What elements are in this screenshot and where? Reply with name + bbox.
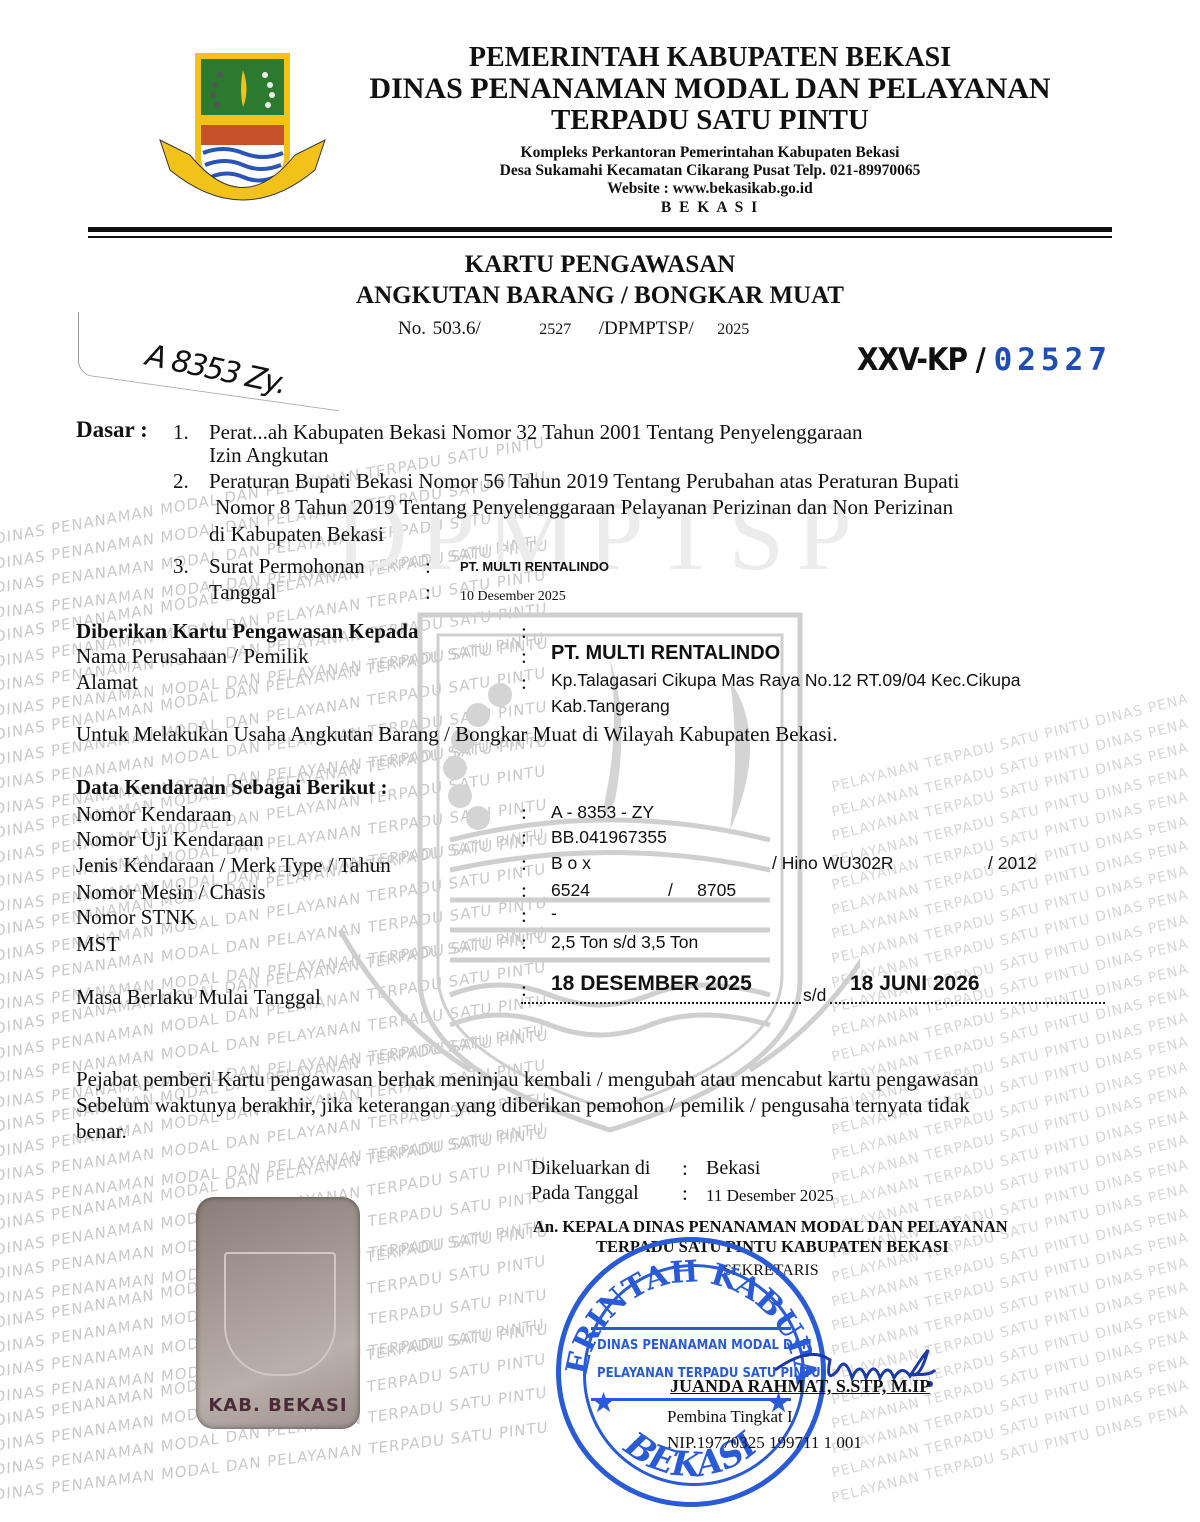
watermark-line: PELAYANAN TERPADU SATU PINTU DINAS PENA xyxy=(830,740,1190,844)
svg-text:★: ★ xyxy=(591,1388,616,1419)
purpose-text: Untuk Melakukan Usaha Angkutan Barang / … xyxy=(76,722,838,746)
address-line2: Kab.Tangerang xyxy=(551,696,670,717)
document-subtitle: ANGKUTAN BARANG / BONGKAR MUAT xyxy=(0,282,1200,310)
colon: : xyxy=(521,903,527,928)
doc-no-number: 2527 xyxy=(539,321,571,338)
dasar-3-label2: Tanggal xyxy=(209,580,276,604)
header-address1: Kompleks Perkantoran Pemerintahan Kabupa… xyxy=(330,144,1090,161)
embossed-emblem xyxy=(224,1252,336,1376)
issued-date-label: Pada Tanggal xyxy=(531,1181,639,1205)
valid-separator: s/d xyxy=(803,985,826,1006)
card-code: XXV-KP / 02527 xyxy=(857,342,1112,378)
vehicle-type-label: Jenis Kendaraan / Merk Type / Tahun xyxy=(76,853,391,877)
dasar-2-line3: di Kabupaten Bekasi xyxy=(209,522,384,546)
header-government: PEMERINTAH KABUPATEN BEKASI xyxy=(330,42,1090,74)
dasar-1-line2: Izin Angkutan xyxy=(209,443,329,467)
header-divider-thick xyxy=(88,227,1112,232)
dasar-2-line2: Nomor 8 Tahun 2019 Tentang Penyelenggara… xyxy=(215,495,953,519)
dasar-3-value2: 10 Desember 2025 xyxy=(460,585,566,609)
mst-value: 2,5 Ton s/d 3,5 Ton xyxy=(551,932,698,953)
embossed-dry-seal: KAB. BEKASI xyxy=(196,1197,360,1429)
disclaimer-line1: Pejabat pemberi Kartu pengawasan berhak … xyxy=(76,1067,979,1091)
chassis-value: / 8705 xyxy=(668,880,736,901)
dasar-1-num: 1. xyxy=(173,420,189,444)
validity-dotted-line-2 xyxy=(830,996,1105,1004)
header-divider-thin xyxy=(88,236,1112,238)
signatory-rank: Pembina Tingkat I xyxy=(667,1405,793,1429)
colon: : xyxy=(521,644,527,669)
validity-dotted-line-1 xyxy=(521,996,801,1004)
header-agency: DINAS PENANAMAN MODAL DAN PELAYANAN xyxy=(330,72,1090,106)
watermark-line: DINAS PENANAMAN MODAL DAN PELAYANAN TERP… xyxy=(0,1417,549,1503)
address-label: Alamat xyxy=(76,670,138,694)
test-number-value: BB.041967355 xyxy=(551,827,667,848)
disclaimer-line2: Sebelum waktunya berakhir, jika keterang… xyxy=(76,1093,970,1117)
card-code-prefix: XXV-KP / xyxy=(857,342,985,378)
issued-date-value: 11 Desember 2025 xyxy=(706,1184,834,1208)
dasar-2-line1: Peraturan Bupati Bekasi Nomor 56 Tahun 2… xyxy=(209,469,959,493)
watermark-line: PELAYANAN TERPADU SATU PINTU DINAS PENA xyxy=(830,789,1190,893)
colon: : xyxy=(425,554,431,579)
colon: : xyxy=(521,800,527,825)
vehicle-type-value: B o x xyxy=(551,853,591,874)
header-agency-cont: TERPADU SATU PINTU xyxy=(330,104,1090,137)
watermark-line: PELAYANAN TERPADU SATU PINTU DINAS PENA xyxy=(830,863,1190,967)
colon: : xyxy=(521,930,527,955)
issued-place-value: Bekasi xyxy=(706,1156,760,1180)
dasar-label: Dasar : xyxy=(76,418,148,442)
vehicle-heading: Data Kendaraan Sebagai Berikut : xyxy=(76,775,388,799)
stnk-value: - xyxy=(551,903,557,924)
watermark-line: PELAYANAN TERPADU SATU PINTU DINAS PENA xyxy=(830,1108,1190,1212)
colon: : xyxy=(682,1181,688,1206)
doc-no-year: 2025 xyxy=(717,321,749,338)
dasar-1-line1: Perat...ah Kabupaten Bekasi Nomor 32 Tah… xyxy=(209,420,863,444)
colon: : xyxy=(521,825,527,850)
colon: : xyxy=(521,851,527,876)
company-label: Nama Perusahaan / Pemilik xyxy=(76,644,309,668)
validity-label: Masa Berlaku Mulai Tanggal xyxy=(76,985,321,1009)
vehicle-brand-value: / Hino WU302R xyxy=(772,853,894,874)
signatory-name: JUANDA RAHMAT, S.STP, M.IP xyxy=(670,1374,930,1398)
watermark-line: PELAYANAN TERPADU SATU PINTU DINAS PENA xyxy=(830,716,1190,820)
plate-label: Nomor Kendaraan xyxy=(76,802,232,826)
header-website: Website : www.bekasikab.go.id xyxy=(330,180,1090,197)
doc-no-prefix: No. 503.6/ xyxy=(398,318,481,339)
engine-value: 6524 xyxy=(551,880,590,901)
colon: : xyxy=(425,580,431,605)
watermark-line: PELAYANAN TERPADU SATU PINTU DINAS PENA xyxy=(830,691,1190,795)
colon: : xyxy=(682,1156,688,1181)
document-number: No. 503.6/ 2527 /DPMPTSP/ 2025 xyxy=(398,318,749,340)
watermark-line: PELAYANAN TERPADU SATU PINTU DINAS PENA xyxy=(830,1402,1190,1506)
header-address2: Desa Sukamahi Kecamatan Cikarang Pusat T… xyxy=(330,162,1090,179)
embossed-seal-label: KAB. BEKASI xyxy=(196,1395,360,1416)
engine-chassis-label: Nomor Mesin / Chasis xyxy=(76,880,266,904)
address-line1: Kp.Talagasari Cikupa Mas Raya No.12 RT.0… xyxy=(551,670,1021,691)
colon: : xyxy=(521,619,527,644)
mst-label: MST xyxy=(76,932,119,956)
dasar-3-num: 3. xyxy=(173,554,189,578)
signatory-nip: NIP.19770325 199711 1 001 xyxy=(667,1431,862,1455)
disclaimer-line3: benar. xyxy=(76,1119,127,1143)
stnk-label: Nomor STNK xyxy=(76,905,196,929)
dasar-3-label: Surat Permohonan xyxy=(209,554,365,578)
card-code-number: 02527 xyxy=(994,342,1112,378)
test-number-label: Nomor Uji Kendaraan xyxy=(76,827,264,851)
issued-place-label: Dikeluarkan di xyxy=(531,1156,650,1180)
vehicle-year-value: / 2012 xyxy=(988,853,1037,874)
recipient-heading: Diberikan Kartu Pengawasan Kepada xyxy=(76,619,418,643)
valid-to-value: 18 JUNI 2026 xyxy=(850,972,980,996)
valid-from-value: 18 DESEMBER 2025 xyxy=(551,972,752,996)
header-city: B E K A S I xyxy=(330,199,1090,216)
colon: : xyxy=(521,977,527,1002)
kabupaten-bekasi-logo xyxy=(155,45,330,205)
plate-value: A - 8353 - ZY xyxy=(551,802,654,823)
dasar-3-value: PT. MULTI RENTALINDO xyxy=(460,559,609,574)
colon: : xyxy=(521,878,527,903)
colon: : xyxy=(521,670,527,695)
doc-no-mid: /DPMPTSP/ xyxy=(599,318,694,339)
company-value: PT. MULTI RENTALINDO xyxy=(551,642,780,665)
document-title: KARTU PENGAWASAN xyxy=(0,251,1200,279)
dasar-2-num: 2. xyxy=(173,469,189,493)
